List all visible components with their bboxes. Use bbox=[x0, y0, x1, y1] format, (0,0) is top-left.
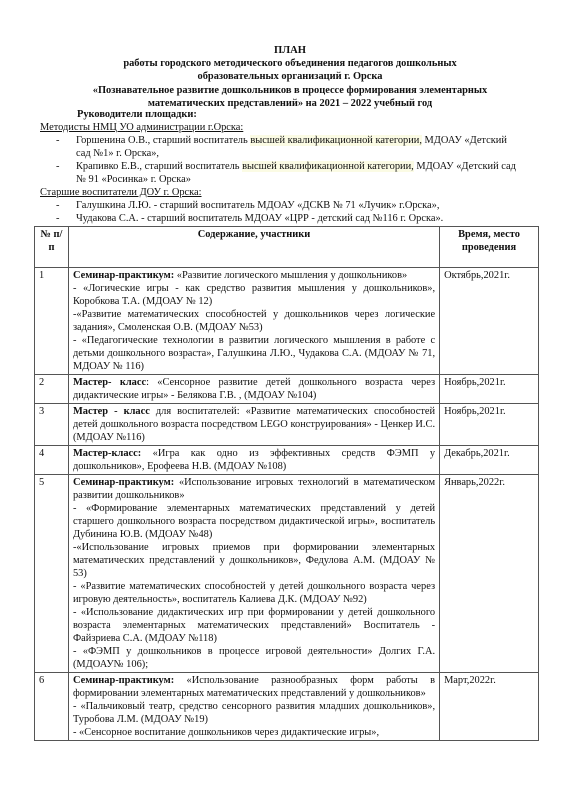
dash-bullet: - bbox=[56, 160, 59, 173]
participant-talk: - «Педагогические технологии в развитии … bbox=[73, 334, 435, 373]
participant-talk: - «Использование дидактических игр при ф… bbox=[73, 606, 435, 645]
table-row: 3Мастер - класс для воспитателей: «Разви… bbox=[35, 404, 539, 446]
event-description: Мастер - класс для воспитателей: «Развит… bbox=[73, 405, 435, 444]
plan-table: № п/п Содержание, участники Время, место… bbox=[34, 226, 539, 741]
document-subtitle-line-2: образовательных организаций г. Орска bbox=[40, 70, 540, 83]
participant-talk: - «Развитие математических способностей … bbox=[73, 580, 435, 606]
table-body: 1Семинар-практикум: «Развитие логическог… bbox=[35, 268, 539, 741]
methodists-list: - Горшенина О.В., старший воспитатель вы… bbox=[40, 134, 516, 186]
document-title: ПЛАН bbox=[40, 44, 540, 57]
event-description: Семинар-практикум: «Развитие логического… bbox=[73, 269, 435, 282]
table-row: 5Семинар-практикум: «Использование игров… bbox=[35, 475, 539, 673]
event-type: Мастер - класс bbox=[73, 406, 150, 417]
participant-talk: - «Логические игры - как средство развит… bbox=[73, 282, 435, 308]
senior-teachers-heading: Старшие воспитатели ДОУ г. Орска: bbox=[40, 186, 565, 199]
leaders-heading: Руководители площадки: bbox=[77, 108, 197, 121]
header-num: № п/п bbox=[35, 227, 69, 268]
row-content: Семинар-практикум: «Использование разноо… bbox=[68, 673, 439, 741]
row-time: Март,2022г. bbox=[440, 673, 539, 741]
row-time: Ноябрь,2021г. bbox=[440, 375, 539, 404]
row-content: Мастер - класс для воспитателей: «Развит… bbox=[68, 404, 439, 446]
list-item: - Горшенина О.В., старший воспитатель вы… bbox=[40, 134, 516, 160]
event-type: Семинар-практикум: bbox=[73, 477, 174, 488]
event-type: Мастер- класс bbox=[73, 377, 146, 388]
row-number: 5 bbox=[35, 475, 69, 673]
participant-talk: -«Использование игровых приемов при форм… bbox=[73, 541, 435, 580]
dash-bullet: - bbox=[56, 199, 59, 212]
event-type: Мастер-класс: bbox=[73, 448, 153, 459]
row-number: 4 bbox=[35, 446, 69, 475]
list-item: - Чудакова С.А. - старший воспитатель МД… bbox=[40, 212, 565, 225]
event-description: Мастер-класс: «Игра как одно из эффектив… bbox=[73, 447, 435, 473]
participant-talk: -«Развитие математических способностей у… bbox=[73, 308, 435, 334]
table-row: 4Мастер-класс: «Игра как одно из эффекти… bbox=[35, 446, 539, 475]
header-time: Время, место проведения bbox=[440, 227, 539, 268]
event-description: Мастер- класс: «Сенсорное развитие детей… bbox=[73, 376, 435, 402]
row-time: Декабрь,2021г. bbox=[440, 446, 539, 475]
row-number: 6 bbox=[35, 673, 69, 741]
header-content: Содержание, участники bbox=[68, 227, 439, 268]
event-type: Семинар-практикум: bbox=[73, 675, 174, 686]
row-number: 3 bbox=[35, 404, 69, 446]
row-time: Январь,2022г. bbox=[440, 475, 539, 673]
list-item: - Галушкина Л.Ю. - старший воспитатель М… bbox=[40, 199, 565, 212]
row-number: 2 bbox=[35, 375, 69, 404]
row-content: Семинар-практикум: «Развитие логического… bbox=[68, 268, 439, 375]
participant-talk: - «Формирование элементарных математичес… bbox=[73, 502, 435, 541]
document-subtitle-line-1: работы городского методического объедине… bbox=[40, 57, 540, 70]
row-content: Мастер-класс: «Игра как одно из эффектив… bbox=[68, 446, 439, 475]
list-item: - Крапивко Е.В., старший воспитатель выс… bbox=[40, 160, 516, 186]
senior-teachers-list: - Галушкина Л.Ю. - старший воспитатель М… bbox=[40, 199, 565, 225]
highlighted-text: высшей квалификационной категории, bbox=[242, 161, 414, 172]
dash-bullet: - bbox=[56, 134, 59, 147]
row-content: Семинар-практикум: «Использование игровы… bbox=[68, 475, 439, 673]
senior-teachers-section: Старшие воспитатели ДОУ г. Орска: - Галу… bbox=[40, 186, 565, 225]
methodists-section: Методисты НМЦ УО администрации г.Орска: … bbox=[40, 121, 516, 186]
document-header: ПЛАН работы городского методического объ… bbox=[40, 44, 540, 110]
table-header-row: № п/п Содержание, участники Время, место… bbox=[35, 227, 539, 268]
event-description: Семинар-практикум: «Использование игровы… bbox=[73, 476, 435, 502]
document-page: ПЛАН работы городского методического объ… bbox=[0, 0, 565, 800]
participant-talk: - «Пальчиковый театр, средство сенсорног… bbox=[73, 700, 435, 726]
highlighted-text: высшей квалификационной категории, bbox=[250, 135, 422, 146]
participant-talk: - «Сенсорное воспитание дошкольников чер… bbox=[73, 726, 435, 739]
row-number: 1 bbox=[35, 268, 69, 375]
table-row: 6Семинар-практикум: «Использование разно… bbox=[35, 673, 539, 741]
event-topic: «Развитие логического мышления у дошколь… bbox=[174, 270, 407, 281]
row-content: Мастер- класс: «Сенсорное развитие детей… bbox=[68, 375, 439, 404]
table-row: 2Мастер- класс: «Сенсорное развитие дете… bbox=[35, 375, 539, 404]
row-time: Ноябрь,2021г. bbox=[440, 404, 539, 446]
methodists-heading: Методисты НМЦ УО администрации г.Орска: bbox=[40, 121, 516, 134]
participant-talk: - «ФЭМП у дошкольников в процессе игрово… bbox=[73, 645, 435, 671]
dash-bullet: - bbox=[56, 212, 59, 225]
table-row: 1Семинар-практикум: «Развитие логическог… bbox=[35, 268, 539, 375]
document-topic-line-1: «Познавательное развитие дошкольников в … bbox=[40, 84, 540, 97]
row-time: Октябрь,2021г. bbox=[440, 268, 539, 375]
event-type: Семинар-практикум: bbox=[73, 270, 174, 281]
event-description: Семинар-практикум: «Использование разноо… bbox=[73, 674, 435, 700]
